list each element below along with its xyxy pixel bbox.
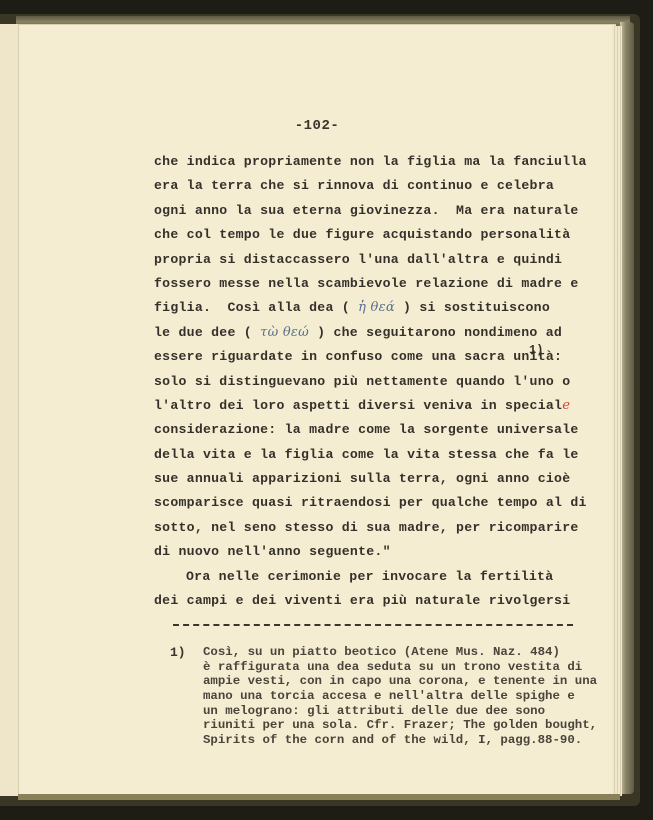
footnote-line: riuniti per una sola. Cfr. Frazer; The g… bbox=[203, 718, 597, 733]
red-correction: e bbox=[562, 398, 570, 413]
text-line: sue annuali apparizioni sulla terra, ogn… bbox=[154, 467, 594, 491]
text-line-greek-2: le due dee ( τὼ θεώ ) che seguitarono no… bbox=[154, 321, 594, 345]
text-segment: l'altro dei loro aspetti diversi veniva … bbox=[154, 398, 562, 413]
text-line: che indica propriamente non la figlia ma… bbox=[154, 150, 594, 174]
footnote-line: mano una torcia accesa e nell'altra dell… bbox=[203, 689, 597, 704]
footnote-marker: 1) bbox=[170, 645, 186, 660]
body-text: che indica propriamente non la figlia ma… bbox=[154, 150, 594, 613]
footnote-text: Così, su un piatto beotico (Atene Mus. N… bbox=[203, 645, 597, 748]
handwritten-greek: ἡ θεά bbox=[358, 300, 395, 315]
text-line: di nuovo nell'anno seguente." bbox=[154, 540, 594, 564]
footnote-line: Così, su un piatto beotico (Atene Mus. N… bbox=[203, 645, 597, 660]
text-line: Ora nelle cerimonie per invocare la fert… bbox=[154, 565, 594, 589]
text-segment: figlia. Così alla dea ( bbox=[154, 300, 358, 315]
left-page-edge bbox=[0, 24, 19, 796]
footnote-line: è raffigurata una dea seduta su un trono… bbox=[203, 660, 597, 675]
page-number: -102- bbox=[18, 118, 616, 134]
text-line: che col tempo le due figure acquistando … bbox=[154, 223, 594, 247]
text-line: della vita e la figlia come la vita stes… bbox=[154, 443, 594, 467]
text-line: essere riguardate in confuso come una sa… bbox=[154, 345, 594, 369]
text-line: propria si distaccassero l'una dall'altr… bbox=[154, 248, 594, 272]
footnote-divider bbox=[173, 624, 573, 626]
text-segment: ) si sostituiscono bbox=[395, 300, 550, 315]
text-line-greek-1: figlia. Così alla dea ( ἡ θεά ) si sosti… bbox=[154, 296, 594, 320]
handwritten-greek: τὼ θεώ bbox=[260, 325, 309, 340]
text-line: era la terra che si rinnova di continuo … bbox=[154, 174, 594, 198]
footnote-line: ampie vesti, con in capo una corona, e t… bbox=[203, 674, 597, 689]
page-stack-edge bbox=[612, 26, 622, 796]
bottom-edge bbox=[18, 794, 620, 800]
footnote-line: Spirits of the corn and of the wild, I, … bbox=[203, 733, 597, 748]
text-line: sotto, nel seno stesso di sua madre, per… bbox=[154, 516, 594, 540]
text-line: scomparisce quasi ritraendosi per qualch… bbox=[154, 491, 594, 515]
text-line: ogni anno la sua eterna giovinezza. Ma e… bbox=[154, 199, 594, 223]
text-segment: le due dee ( bbox=[154, 325, 260, 340]
footnote-reference: 1) bbox=[529, 343, 543, 357]
cover-edge-right bbox=[620, 22, 634, 794]
footnote-line: un melograno: gli attributi delle due de… bbox=[203, 704, 597, 719]
text-line: fossero messe nella scambievole relazion… bbox=[154, 272, 594, 296]
text-line: dei campi e dei viventi era più naturale… bbox=[154, 589, 594, 613]
text-line: solo si distinguevano più nettamente qua… bbox=[154, 370, 594, 394]
text-segment: ) che seguitarono nondimeno ad bbox=[309, 325, 562, 340]
text-line: considerazione: la madre come la sorgent… bbox=[154, 418, 594, 442]
text-line-correction: l'altro dei loro aspetti diversi veniva … bbox=[154, 394, 594, 418]
